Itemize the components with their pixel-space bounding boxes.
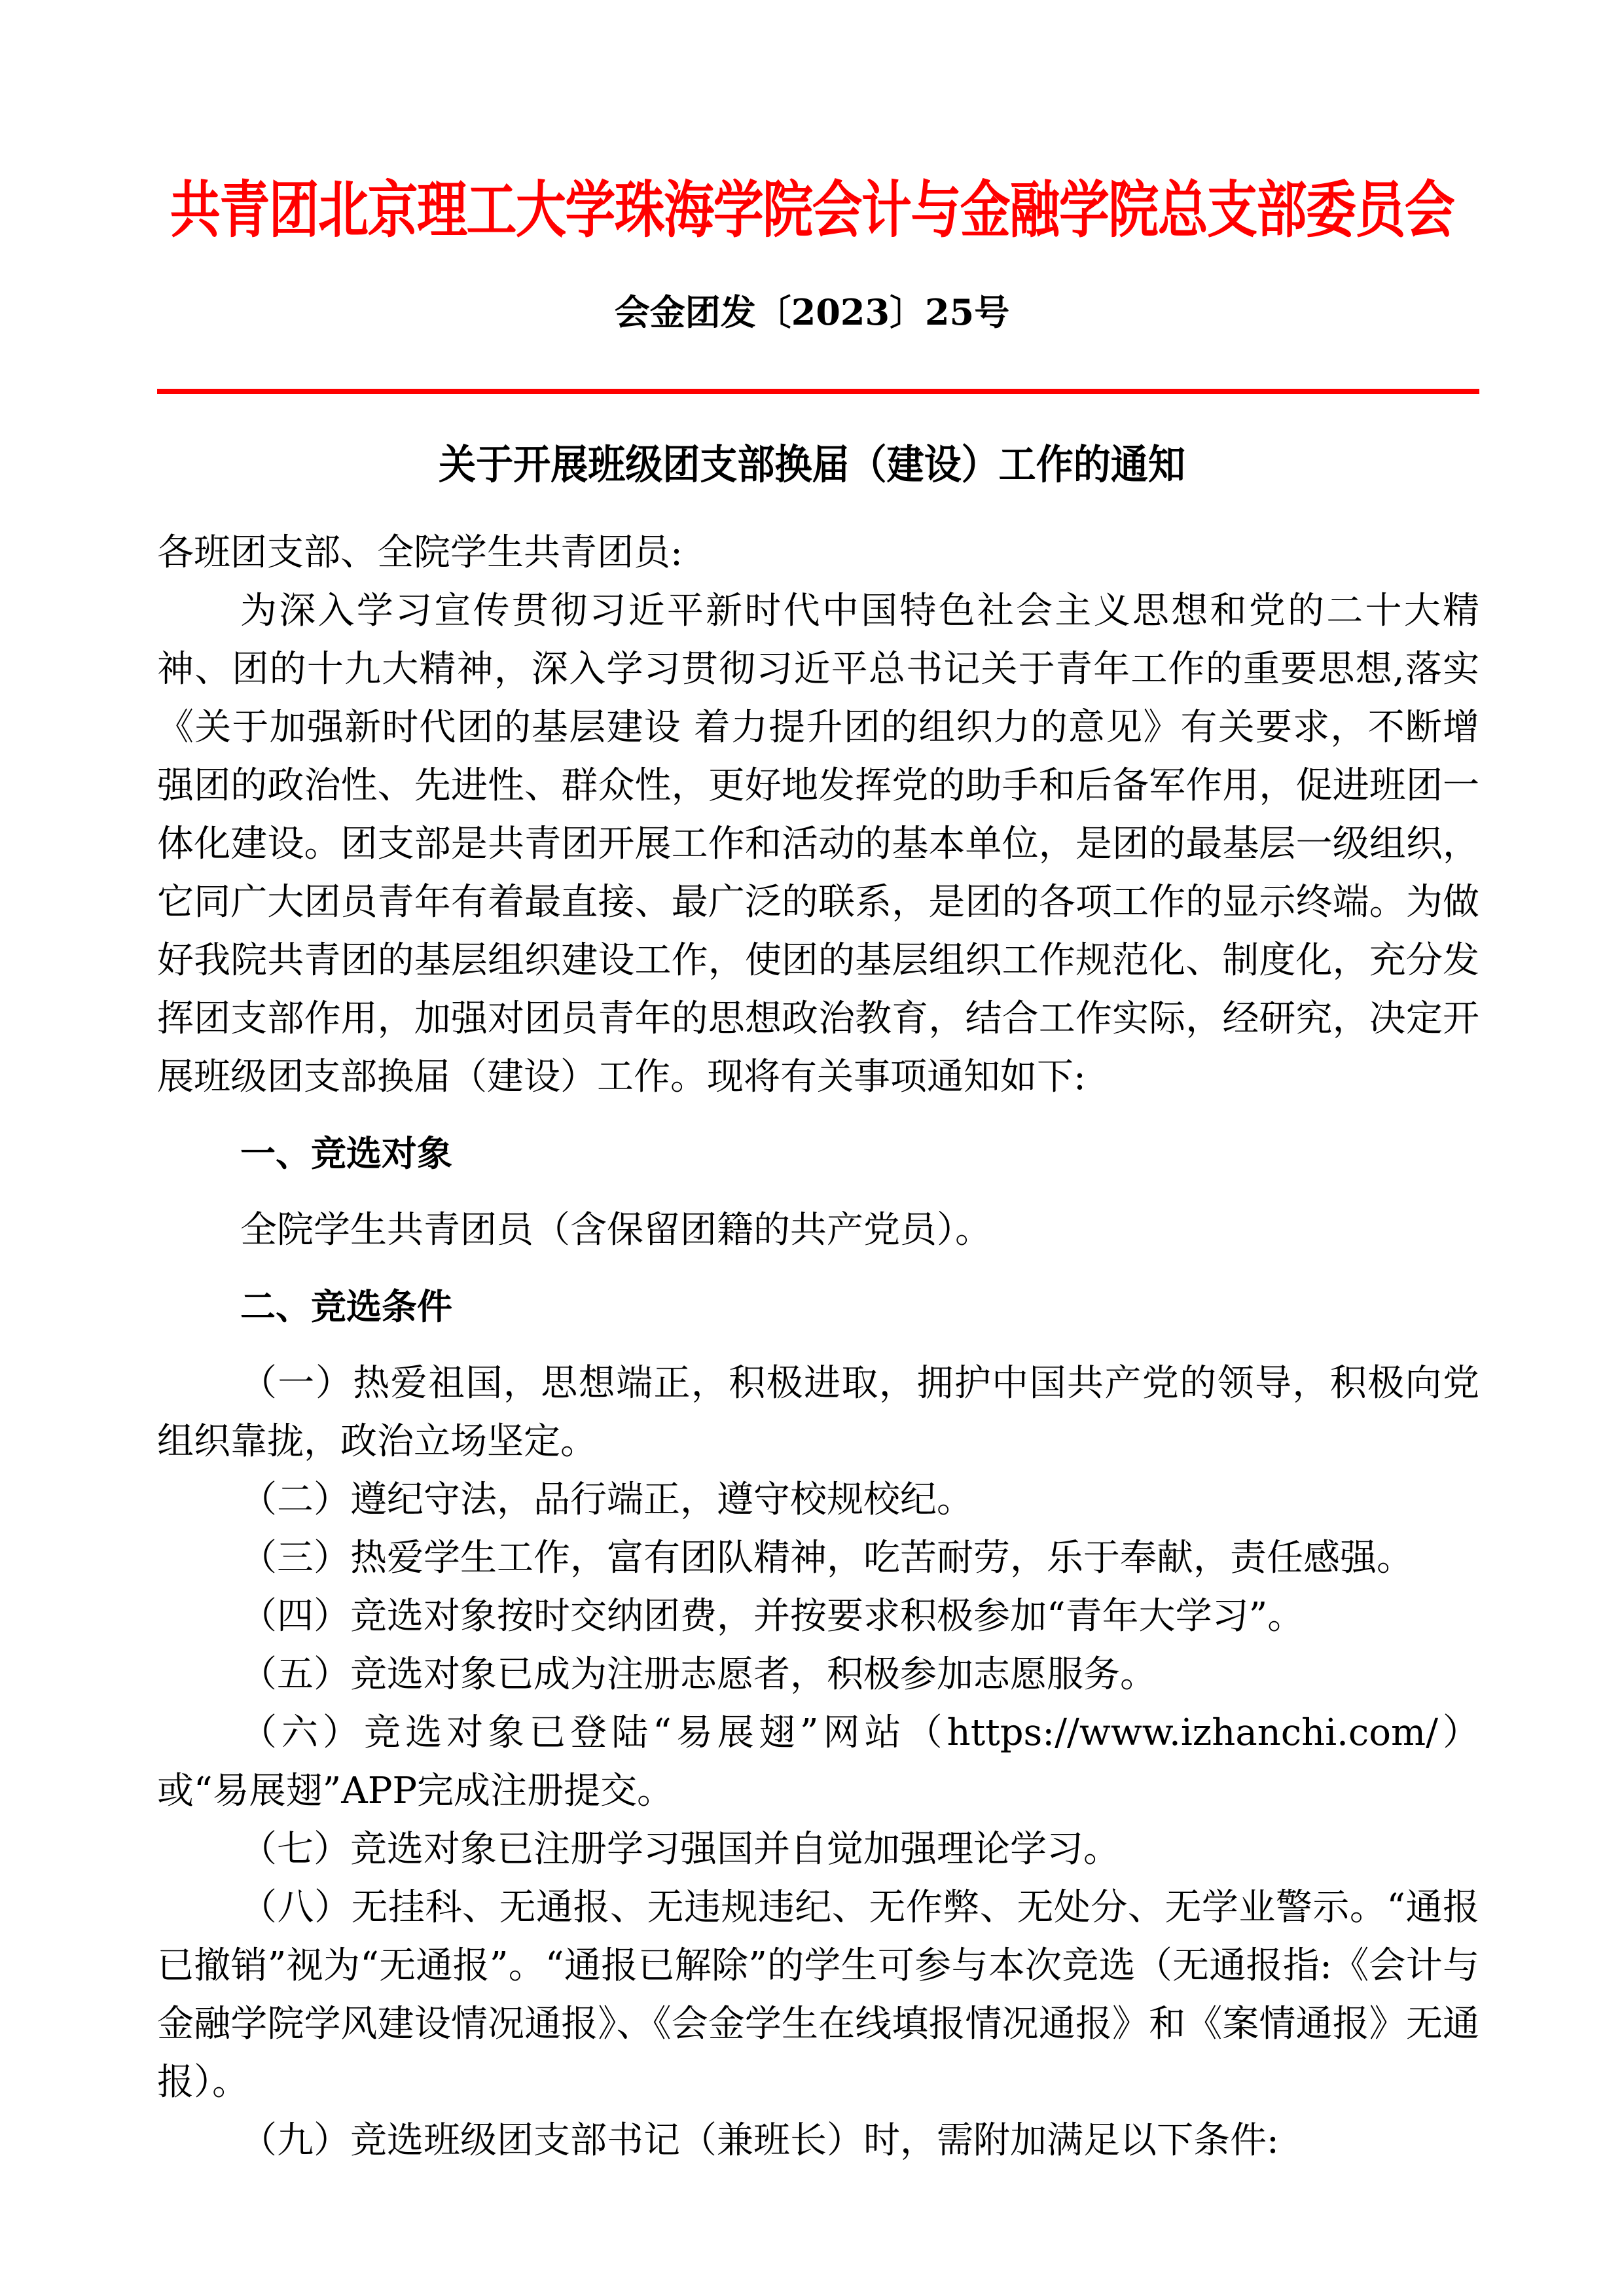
condition-item-6: （六）竞选对象已登陆“易展翅”网站（https://www.izhanchi.c… xyxy=(157,1704,1479,1820)
org-title: 共青团北京理工大学珠海学院会计与金融学院总支部委员会 xyxy=(146,160,1477,249)
salutation: 各班团支部、全院学生共青团员: xyxy=(157,524,1479,582)
section-heading-conditions: 二、竞选条件 xyxy=(157,1278,1479,1336)
section-heading-candidates: 一、竞选对象 xyxy=(157,1124,1479,1183)
intro-paragraph: 为深入学习宣传贯彻习近平新时代中国特色社会主义思想和党的二十大精神、团的十九大精… xyxy=(157,582,1479,1106)
document-page: 共青团北京理工大学珠海学院会计与金融学院总支部委员会 会金团发〔2023〕25号… xyxy=(0,0,1624,2296)
condition-item-9: （九）竞选班级团支部书记（兼班长）时，需附加满足以下条件: xyxy=(157,2111,1479,2170)
document-number: 会金团发〔2023〕25号 xyxy=(0,285,1624,335)
condition-item-8: （八）无挂科、无通报、无违规违纪、无作弊、无处分、无学业警示。“通报已撤销”视为… xyxy=(157,1878,1479,2111)
condition-item-2: （二）遵纪守法，品行端正，遵守校规校纪。 xyxy=(157,1471,1479,1529)
notice-title: 关于开展班级团支部换届（建设）工作的通知 xyxy=(65,432,1559,490)
condition-item-7: （七）竞选对象已注册学习强国并自觉加强理论学习。 xyxy=(157,1820,1479,1878)
condition-item-4: （四）竞选对象按时交纳团费，并按要求积极参加“青年大学习”。 xyxy=(157,1587,1479,1645)
condition-item-3: （三）热爱学生工作，富有团队精神，吃苦耐劳，乐于奉献，责任感强。 xyxy=(157,1529,1479,1587)
section-paragraph: 全院学生共青团员（含保留团籍的共产党员）。 xyxy=(157,1201,1479,1259)
red-divider xyxy=(157,389,1479,394)
condition-item-1: （一）热爱祖国，思想端正，积极进取，拥护中国共产党的领导，积极向党组织靠拢，政治… xyxy=(157,1354,1479,1471)
document-body: 各班团支部、全院学生共青团员: 为深入学习宣传贯彻习近平新时代中国特色社会主义思… xyxy=(157,524,1479,2170)
condition-item-5: （五）竞选对象已成为注册志愿者，积极参加志愿服务。 xyxy=(157,1645,1479,1704)
